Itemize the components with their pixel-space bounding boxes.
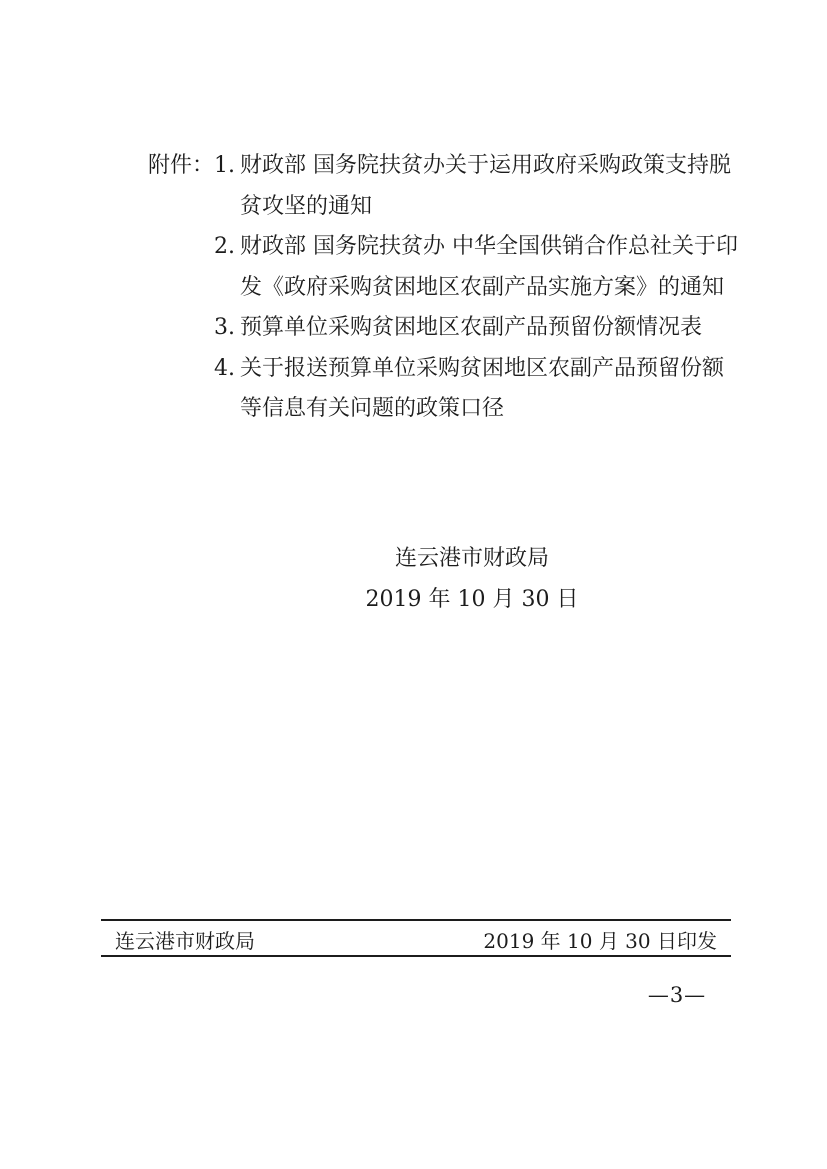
- attachment-line: 等信息有关问题的政策口径: [240, 389, 738, 430]
- attachment-number: 1.: [214, 146, 240, 187]
- attachment-number: 3.: [214, 308, 240, 349]
- footer-print-date: 2019 年 10 月 30 日印发: [483, 925, 717, 954]
- page-number: —3—: [627, 983, 727, 1007]
- signature-block: 连云港市财政局 2019 年 10 月 30 日: [322, 539, 622, 620]
- attachment-line: 贫攻坚的通知: [240, 187, 738, 228]
- document-page: 附件： 1.财政部 国务院扶贫办关于运用政府采购政策支持脱 贫攻坚的通知 2.财…: [0, 0, 827, 1169]
- attachment-line: 财政部 国务院扶贫办 中华全国供销合作总社关于印: [240, 227, 738, 268]
- attachment-item-1: 1.财政部 国务院扶贫办关于运用政府采购政策支持脱 贫攻坚的通知: [214, 146, 738, 227]
- attachment-item-4: 4.关于报送预算单位采购贫困地区农副产品预留份额 等信息有关问题的政策口径: [214, 349, 738, 430]
- attachment-number: 2.: [214, 227, 240, 268]
- attachment-item-3: 3.预算单位采购贫困地区农副产品预留份额情况表: [214, 308, 738, 349]
- attachment-item-2: 2.财政部 国务院扶贫办 中华全国供销合作总社关于印 发《政府采购贫困地区农副产…: [214, 227, 738, 308]
- attachment-line: 预算单位采购贫困地区农副产品预留份额情况表: [240, 308, 702, 349]
- attachments-label: 附件：: [148, 146, 214, 187]
- colophon-bar: 连云港市财政局 2019 年 10 月 30 日印发: [101, 919, 731, 957]
- issue-date: 2019 年 10 月 30 日: [322, 580, 622, 621]
- attachments-block: 附件： 1.财政部 国务院扶贫办关于运用政府采购政策支持脱 贫攻坚的通知 2.财…: [148, 146, 738, 430]
- attachment-line: 发《政府采购贫困地区农副产品实施方案》的通知: [240, 268, 738, 309]
- attachments-list: 1.财政部 国务院扶贫办关于运用政府采购政策支持脱 贫攻坚的通知 2.财政部 国…: [214, 146, 738, 430]
- attachment-line: 关于报送预算单位采购贫困地区农副产品预留份额: [240, 349, 724, 390]
- attachment-line: 财政部 国务院扶贫办关于运用政府采购政策支持脱: [240, 146, 731, 187]
- footer-issuer: 连云港市财政局: [115, 925, 255, 954]
- attachment-number: 4.: [214, 349, 240, 390]
- issuing-authority: 连云港市财政局: [322, 539, 622, 580]
